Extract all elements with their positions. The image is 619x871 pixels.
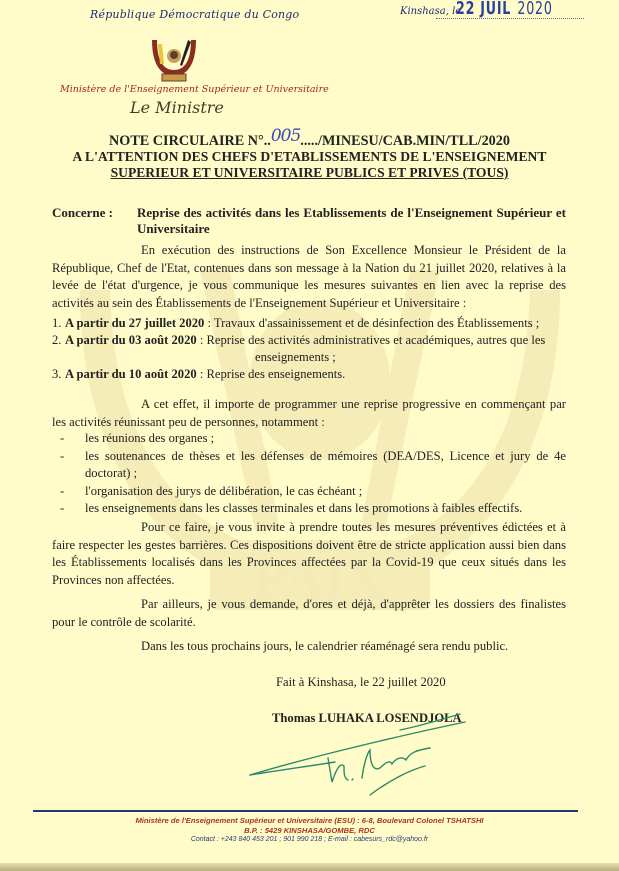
ministry-heading: Ministère de l'Enseignement Supérieur et…: [60, 84, 329, 95]
activity-text: les enseignements dans les classes termi…: [85, 501, 522, 515]
activity-text: les réunions des organes ;: [85, 431, 214, 445]
progressive-paragraph: A cet effet, il importe de programmer un…: [52, 396, 566, 431]
circular-title: NOTE CIRCULAIRE N°..005...../MINESU/CAB.…: [0, 130, 619, 150]
coat-of-arms-icon: [146, 34, 202, 84]
measure-item: 1.A partir du 27 juillet 2020 : Travaux …: [52, 315, 566, 332]
measure-number: 1.: [52, 315, 61, 332]
measure-text: : Travaux d'assainissement et de désinfe…: [204, 316, 539, 330]
minister-heading: Le Ministre: [130, 98, 224, 117]
attention-line: A L'ATTENTION DES CHEFS D'ETABLISSEMENTS…: [0, 149, 619, 165]
activity-item: -les soutenances de thèses et les défens…: [60, 448, 566, 483]
footer-po-box: B.P. : 5429 KINSHASA/GOMBE, RDC: [0, 826, 619, 835]
finalists-paragraph: Par ailleurs, je vous demande, d'ores et…: [52, 596, 566, 631]
document-page: PAIX République Démocratique du Congo Ki…: [0, 0, 619, 871]
subject-text: Reprise des activités dans les Etablisse…: [137, 205, 566, 237]
measure-item: 2.A partir du 03 août 2020 : Reprise des…: [52, 332, 566, 366]
handwritten-number: 005: [271, 126, 300, 146]
activity-text: les soutenances de thèses et les défense…: [85, 449, 566, 481]
circular-title-prefix: NOTE CIRCULAIRE N°..: [109, 133, 271, 149]
footer-address: Ministère de l'Enseignement Supérieur et…: [0, 816, 619, 825]
date-stamp-year: 2020: [517, 0, 552, 19]
footer-contact: Contact : +243 840 453 201 ; 901 990 218…: [0, 836, 619, 843]
intro-paragraph: En exécution des instructions de Son Exc…: [52, 242, 566, 312]
measure-item: 3.A partir du 10 août 2020 : Reprise des…: [52, 366, 566, 383]
signature-icon: [240, 700, 480, 800]
measure-text: : Reprise des enseignements.: [197, 367, 346, 381]
republic-heading: République Démocratique du Congo: [90, 8, 299, 21]
measure-text: : Reprise des activités administratives …: [197, 333, 546, 347]
measure-date: A partir du 27 juillet 2020: [65, 316, 204, 330]
measures-list: 1.A partir du 27 juillet 2020 : Travaux …: [52, 315, 566, 383]
date-stamp: 22 JUIL2020: [456, 0, 553, 19]
subject-block: Concerne : Reprise des activités dans le…: [52, 205, 566, 237]
activity-item: -l'organisation des jurys de délibératio…: [60, 483, 566, 501]
activity-text: l'organisation des jurys de délibération…: [85, 484, 362, 498]
measure-date: A partir du 03 août 2020: [65, 333, 197, 347]
activities-list: -les réunions des organes ; -les soutena…: [60, 430, 566, 518]
recipients-line: SUPERIEUR ET UNIVERSITAIRE PUBLICS ET PR…: [0, 165, 619, 181]
subject-label: Concerne :: [52, 205, 113, 221]
place-label: Kinshasa, le: [400, 6, 461, 17]
measure-text-continued: enseignements ;: [65, 349, 566, 366]
circular-title-suffix: ...../MINESU/CAB.MIN/TLL/2020: [300, 133, 510, 149]
measure-date: A partir du 10 août 2020: [65, 367, 197, 381]
place-date-closing: Fait à Kinshasa, le 22 juillet 2020: [276, 675, 446, 690]
activity-item: -les réunions des organes ;: [60, 430, 566, 448]
activity-item: -les enseignements dans les classes term…: [60, 500, 566, 518]
measure-number: 2.: [52, 332, 61, 349]
measure-number: 3.: [52, 366, 61, 383]
page-bottom-edge: [0, 863, 619, 871]
footer-rule: [33, 810, 578, 812]
calendar-paragraph: Dans les tous prochains jours, le calend…: [52, 638, 566, 656]
date-stamp-day: 22 JUIL: [456, 0, 511, 19]
measures-paragraph: Pour ce faire, je vous invite à prendre …: [52, 519, 566, 589]
